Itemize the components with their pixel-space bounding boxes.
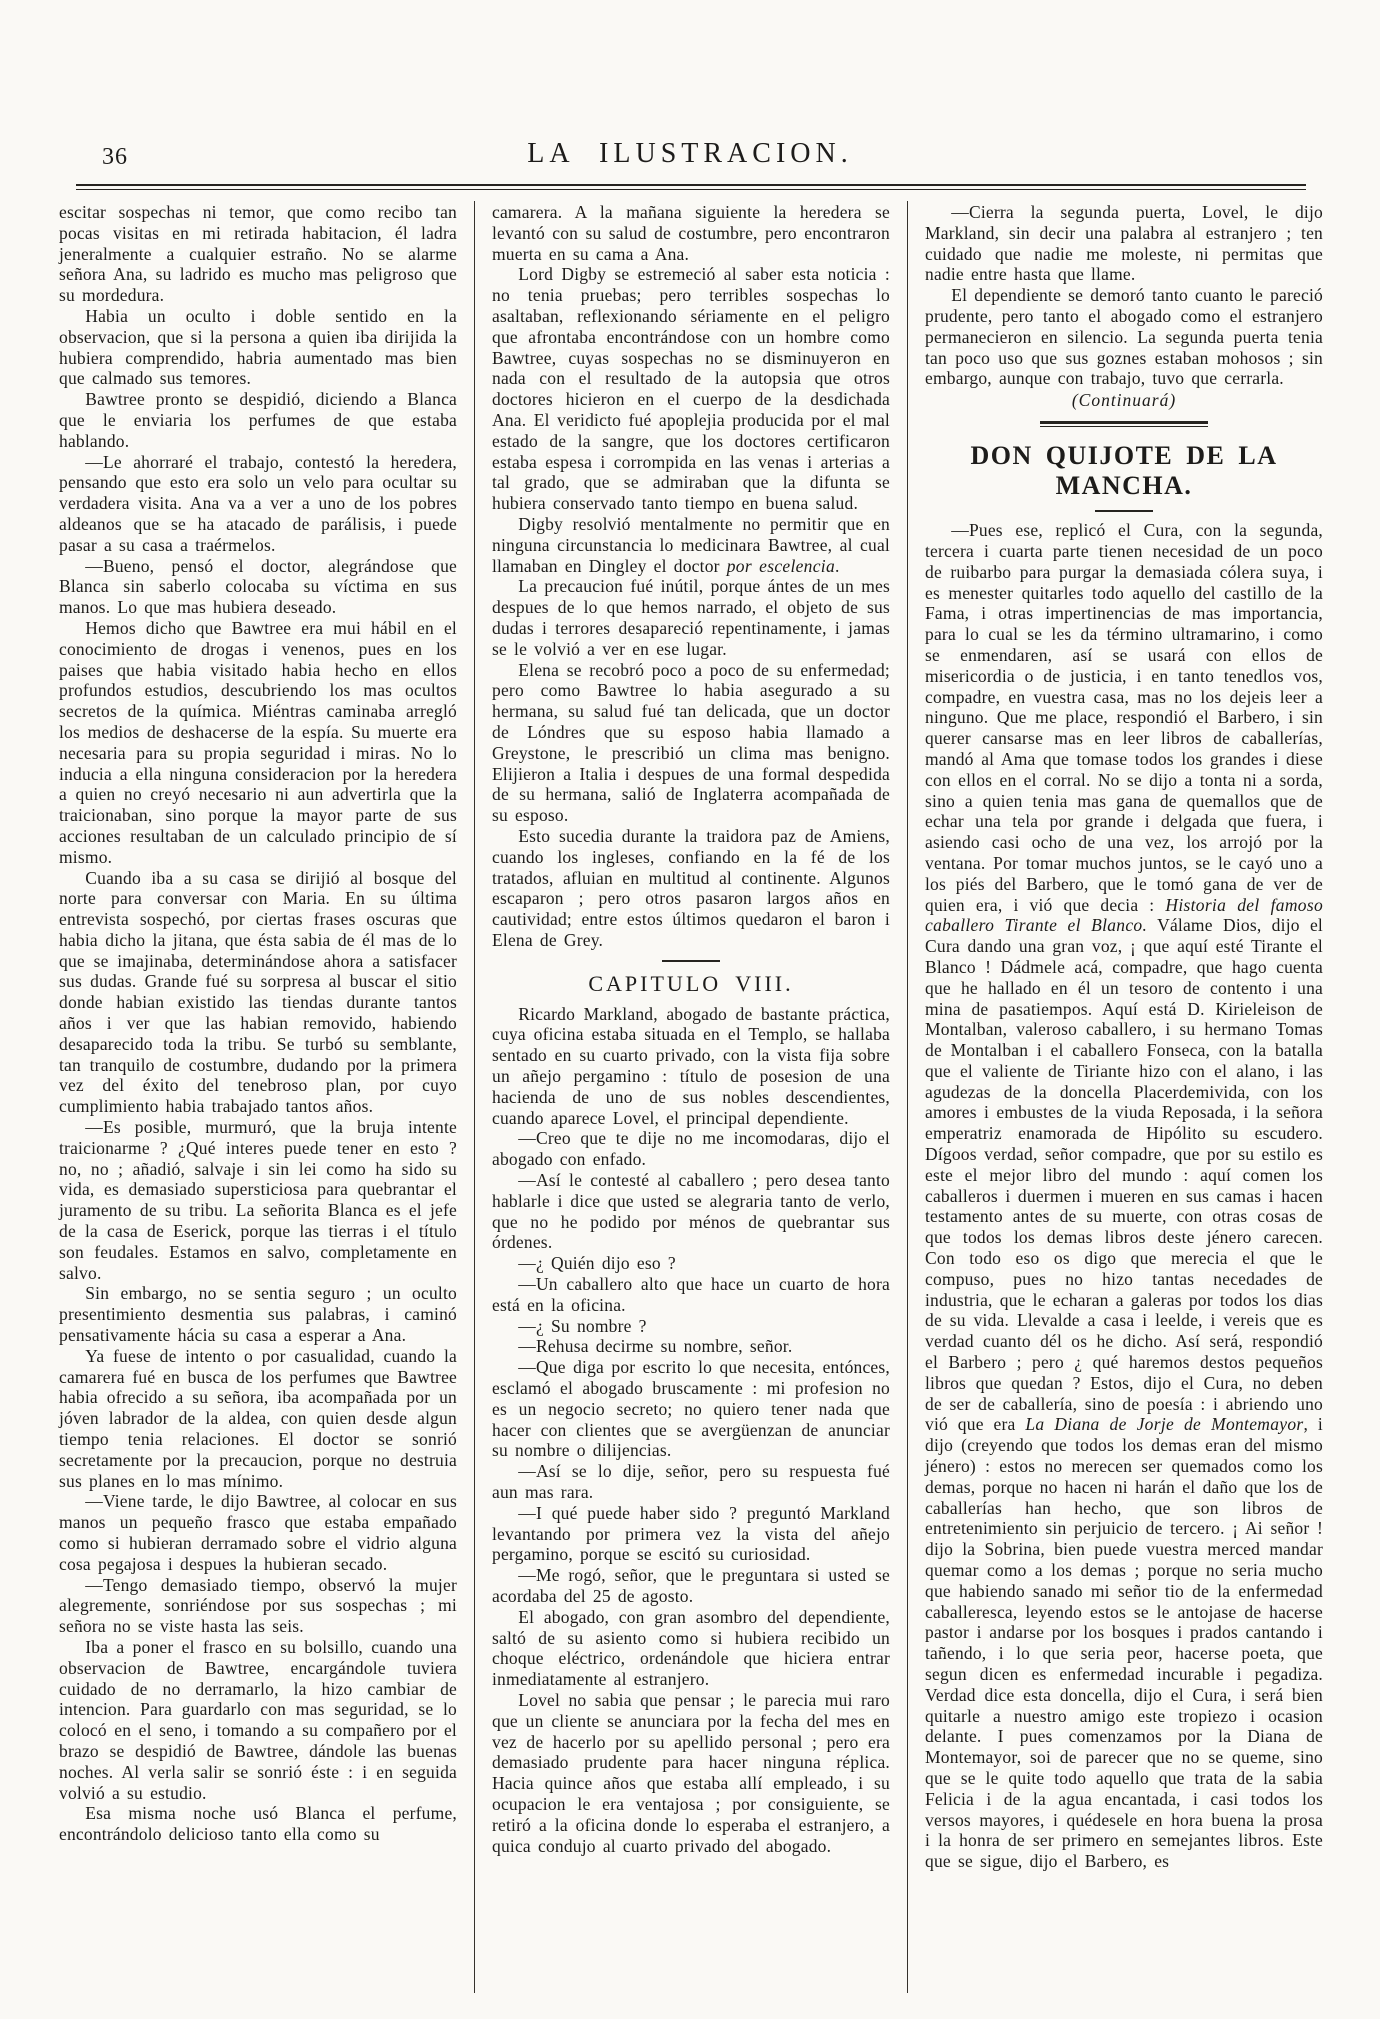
paragraph: Lovel no sabia que pensar ; le parecia m… bbox=[492, 1690, 890, 1856]
text-segment: Ya fuese de intento o por casualidad, cu… bbox=[59, 1346, 457, 1491]
text-segment: —Así se lo dije, señor, pero su respuest… bbox=[492, 1461, 890, 1502]
paragraph: Habia un oculto i doble sentido en la ob… bbox=[59, 306, 457, 389]
italic-segment: La Diana de Jorje de Montemayor bbox=[1025, 1414, 1303, 1434]
text-segment: Válame Dios, dijo el Cura dando una gran… bbox=[925, 915, 1323, 1434]
text-segment: Lord Digby se estremeció al saber esta n… bbox=[492, 264, 890, 513]
paragraph: —¿ Quién dijo eso ? bbox=[492, 1253, 890, 1274]
paragraph: —Viene tarde, le dijo Bawtree, al coloca… bbox=[59, 1491, 457, 1574]
paragraph: —Que diga por escrito lo que necesita, e… bbox=[492, 1357, 890, 1461]
paragraph: El abogado, con gran asombro del dependi… bbox=[492, 1607, 890, 1690]
column-divider-left bbox=[474, 201, 475, 1993]
text-segment: —Creo que te dije no me incomodaras, dij… bbox=[492, 1128, 890, 1169]
column-1: escitar sospechas ni temor, que como rec… bbox=[54, 201, 462, 1993]
text-segment: . bbox=[835, 556, 840, 576]
text-segment: —Tengo demasiado tiempo, observó la muje… bbox=[59, 1575, 457, 1637]
italic-segment: (Continuará) bbox=[1072, 390, 1176, 410]
paragraph: —Me rogó, señor, que le preguntara si us… bbox=[492, 1565, 890, 1607]
text-segment: Lovel no sabia que pensar ; le parecia m… bbox=[492, 1690, 890, 1856]
italic-segment: por escelencia bbox=[727, 556, 835, 576]
masthead-title: LA ILUSTRACION. bbox=[0, 138, 1380, 170]
paragraph: Iba a poner el frasco en su bolsillo, cu… bbox=[59, 1637, 457, 1803]
section-title: DON QUIJOTE DE LA MANCHA. bbox=[925, 441, 1323, 501]
short-rule bbox=[1095, 510, 1153, 512]
paragraph: —Cierra la segunda puerta, Lovel, le dij… bbox=[925, 202, 1323, 285]
text-segment: El abogado, con gran asombro del dependi… bbox=[492, 1607, 890, 1689]
text-segment: —Le ahorraré el trabajo, contestó la her… bbox=[59, 452, 457, 555]
double-rule bbox=[1040, 421, 1208, 427]
continuation-note: (Continuará) bbox=[925, 390, 1323, 411]
paragraph: —Pues ese, replicó el Cura, con la segun… bbox=[925, 520, 1323, 1872]
paragraph: El dependiente se demoró tanto cuanto le… bbox=[925, 285, 1323, 389]
paragraph: Esa misma noche usó Blanca el perfume, e… bbox=[59, 1803, 457, 1845]
paragraph: Ya fuese de intento o por casualidad, cu… bbox=[59, 1346, 457, 1492]
text-segment: —Bueno, pensó el doctor, alegrándose que… bbox=[59, 556, 457, 618]
paragraph: Sin embargo, no se sentia seguro ; un oc… bbox=[59, 1283, 457, 1345]
paragraph: escitar sospechas ni temor, que como rec… bbox=[59, 202, 457, 306]
text-segment: Esto sucedia durante la traidora paz de … bbox=[492, 826, 890, 950]
text-segment: Elena se recobró poco a poco de su enfer… bbox=[492, 660, 890, 826]
text-segment: El dependiente se demoró tanto cuanto le… bbox=[925, 285, 1323, 388]
text-segment: —¿ Su nombre ? bbox=[518, 1316, 646, 1336]
paragraph: —Así se lo dije, señor, pero su respuest… bbox=[492, 1461, 890, 1503]
paragraph: —Es posible, murmuró, que la bruja inten… bbox=[59, 1117, 457, 1283]
paragraph: —Creo que te dije no me incomodaras, dij… bbox=[492, 1128, 890, 1170]
paragraph: La precaucion fué inútil, porque ántes d… bbox=[492, 576, 890, 659]
text-segment: —I qué puede haber sido ? preguntó Markl… bbox=[492, 1503, 890, 1565]
text-segment: Esa misma noche usó Blanca el perfume, e… bbox=[59, 1803, 457, 1844]
text-segment: —Cierra la segunda puerta, Lovel, le dij… bbox=[925, 202, 1323, 284]
paragraph: —Un caballero alto que hace un cuarto de… bbox=[492, 1274, 890, 1316]
column-2: camarera. A la mañana siguiente la hered… bbox=[487, 201, 895, 1993]
paragraph: —Bueno, pensó el doctor, alegrándose que… bbox=[59, 556, 457, 618]
columns-container: escitar sospechas ni temor, que como rec… bbox=[54, 201, 1332, 1993]
column-divider-right bbox=[907, 201, 908, 1993]
text-segment: , i dijo (creyendo que todos los demas e… bbox=[925, 1414, 1323, 1871]
paragraph: —Rehusa decirme su nombre, señor. bbox=[492, 1336, 890, 1357]
text-segment: —Pues ese, replicó el Cura, con la segun… bbox=[925, 520, 1323, 914]
short-rule bbox=[662, 960, 720, 962]
text-segment: —Me rogó, señor, que le preguntara si us… bbox=[492, 1565, 890, 1606]
text-segment: —Rehusa decirme su nombre, señor. bbox=[518, 1336, 792, 1356]
paragraph: —Le ahorraré el trabajo, contestó la her… bbox=[59, 452, 457, 556]
paragraph: —I qué puede haber sido ? preguntó Markl… bbox=[492, 1503, 890, 1565]
text-segment: —Que diga por escrito lo que necesita, e… bbox=[492, 1357, 890, 1460]
text-segment: —Un caballero alto que hace un cuarto de… bbox=[492, 1274, 890, 1315]
text-segment: Ricardo Markland, abogado de bastante pr… bbox=[492, 1004, 890, 1128]
text-segment: Hemos dicho que Bawtree era mui hábil en… bbox=[59, 618, 457, 867]
text-segment: —Así le contesté al caballero ; pero des… bbox=[492, 1170, 890, 1252]
paragraph: Cuando iba a su casa se dirijió al bosqu… bbox=[59, 868, 457, 1118]
text-segment: camarera. A la mañana siguiente la hered… bbox=[492, 202, 890, 264]
paragraph: —Así le contesté al caballero ; pero des… bbox=[492, 1170, 890, 1253]
paragraph: Ricardo Markland, abogado de bastante pr… bbox=[492, 1004, 890, 1129]
text-segment: La precaucion fué inútil, porque ántes d… bbox=[492, 576, 890, 658]
text-segment: —Viene tarde, le dijo Bawtree, al coloca… bbox=[59, 1491, 457, 1573]
paragraph: Hemos dicho que Bawtree era mui hábil en… bbox=[59, 618, 457, 868]
paragraph: Bawtree pronto se despidió, diciendo a B… bbox=[59, 389, 457, 451]
text-segment: Sin embargo, no se sentia seguro ; un oc… bbox=[59, 1283, 457, 1345]
header-double-rule bbox=[76, 184, 1306, 190]
paragraph: Elena se recobró poco a poco de su enfer… bbox=[492, 660, 890, 826]
paragraph: Esto sucedia durante la traidora paz de … bbox=[492, 826, 890, 951]
text-segment: Iba a poner el frasco en su bolsillo, cu… bbox=[59, 1637, 457, 1803]
text-segment: escitar sospechas ni temor, que como rec… bbox=[59, 202, 457, 305]
text-segment: Bawtree pronto se despidió, diciendo a B… bbox=[59, 389, 457, 451]
paragraph: —¿ Su nombre ? bbox=[492, 1316, 890, 1337]
text-segment: —¿ Quién dijo eso ? bbox=[518, 1253, 676, 1273]
text-segment: Habia un oculto i doble sentido en la ob… bbox=[59, 306, 457, 388]
paragraph: Lord Digby se estremeció al saber esta n… bbox=[492, 264, 890, 514]
newspaper-page: 36 LA ILUSTRACION. escitar sospechas ni … bbox=[0, 0, 1380, 2019]
paragraph: camarera. A la mañana siguiente la hered… bbox=[492, 202, 890, 264]
text-segment: Cuando iba a su casa se dirijió al bosqu… bbox=[59, 868, 457, 1117]
column-3: —Cierra la segunda puerta, Lovel, le dij… bbox=[920, 201, 1328, 1993]
text-segment: —Es posible, murmuró, que la bruja inten… bbox=[59, 1117, 457, 1283]
paragraph: —Tengo demasiado tiempo, observó la muje… bbox=[59, 1575, 457, 1637]
chapter-title: CAPITULO VIII. bbox=[492, 971, 890, 997]
paragraph: Digby resolvió mentalmente no permitir q… bbox=[492, 514, 890, 576]
